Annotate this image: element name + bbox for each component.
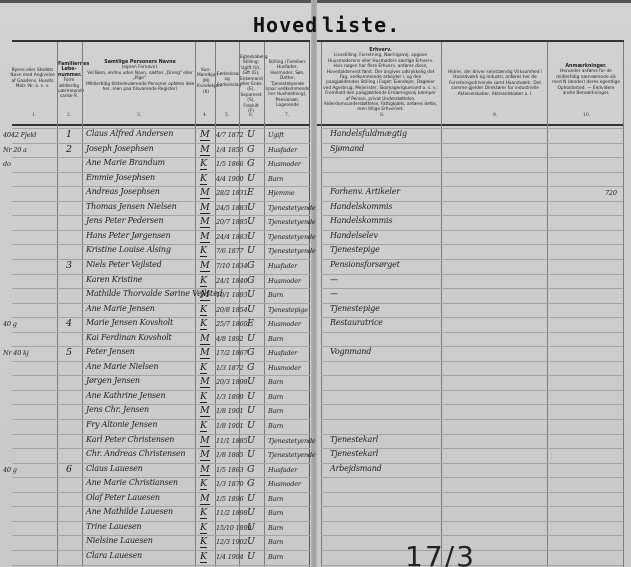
- row-rule-left: [12, 419, 310, 420]
- title-left: Hoved: [253, 13, 318, 37]
- person-name-cell: Ane Kathrine Jensen: [86, 391, 165, 400]
- row-rule-right: [321, 390, 623, 391]
- header-occupation: Erhverv. Livsstilling, Forretning, Nærin…: [323, 48, 438, 113]
- marital-status-cell: G: [247, 478, 254, 489]
- marital-status-cell: U: [247, 435, 255, 446]
- person-name-cell: Trine Lauesen: [86, 522, 142, 531]
- sex-cell: K: [200, 158, 207, 170]
- family-role-cell: Tjenestetyende: [268, 247, 316, 255]
- sex-cell: K: [200, 173, 207, 185]
- place-cell: do: [3, 160, 11, 168]
- person-name-cell: Olaf Peter Lauesen: [86, 493, 160, 502]
- occupation-cell: Tjenestekarl: [330, 435, 378, 444]
- family-number-cell: 4: [66, 318, 72, 329]
- marital-status-cell: U: [247, 231, 255, 242]
- occupation-cell: Forhenv. Artikeler: [330, 187, 400, 196]
- row-rule-left: [12, 172, 310, 173]
- sex-cell: M: [200, 216, 210, 228]
- person-name-cell: Ane Marie Christiansen: [86, 478, 178, 487]
- col-divider-5: [239, 42, 240, 567]
- family-role-cell: Barn: [268, 422, 283, 430]
- occupation-cell: Tjenestekarl: [330, 449, 378, 458]
- row-rule-left: [12, 361, 310, 362]
- row-rule-left: [12, 404, 310, 405]
- family-role-cell: Barn: [268, 553, 283, 561]
- sex-cell: M: [200, 260, 210, 272]
- sex-cell: K: [200, 275, 207, 287]
- family-role-cell: Barn: [268, 175, 283, 183]
- person-name-cell: Clara Lauesen: [86, 551, 142, 560]
- birth-date-cell: 1/5 1896: [216, 495, 243, 503]
- row-rule-right: [321, 492, 623, 493]
- sex-cell: K: [200, 478, 207, 490]
- family-role-cell: Barn: [268, 524, 283, 532]
- sex-cell: K: [200, 522, 207, 534]
- row-rule-right: [321, 157, 623, 158]
- col-divider-8: [321, 42, 322, 567]
- occupation-cell: Tjenestepige: [330, 304, 380, 313]
- place-cell: 40 g: [3, 466, 17, 474]
- family-role-cell: Tjenestetyende: [268, 437, 316, 445]
- family-role-cell: Ugift: [268, 131, 284, 139]
- person-name-cell: Claus Lauesen: [86, 464, 143, 473]
- header-remarks-text: Herunder anføres for de midlertidig nærv…: [552, 69, 620, 96]
- occupation-cell: —: [330, 289, 338, 298]
- col-divider-9: [441, 42, 442, 567]
- family-role-cell: Husmoder: [268, 364, 301, 372]
- birth-date-cell: 20/7 1885: [216, 218, 247, 226]
- family-number-cell: 3: [66, 260, 72, 271]
- birth-date-cell: 1/8 1901: [216, 407, 243, 415]
- person-name-cell: Hans Peter Jørgensen: [86, 231, 170, 240]
- family-role-cell: Barn: [268, 509, 283, 517]
- marital-status-cell: G: [247, 275, 254, 286]
- marital-status-cell: U: [247, 304, 255, 315]
- header-top-rule-right: [317, 40, 624, 42]
- occupation-cell: Handelskommis: [330, 202, 392, 211]
- family-role-cell: Tjenestetyende: [268, 451, 316, 459]
- person-name-cell: Chr. Andreas Christensen: [86, 449, 185, 458]
- birth-date-cell: 12/3 1902: [216, 538, 247, 546]
- marital-status-cell: U: [247, 173, 255, 184]
- sex-cell: M: [200, 376, 210, 388]
- person-name-cell: Ane Mathilde Lauesen: [86, 507, 173, 516]
- marital-status-cell: G: [247, 144, 254, 155]
- birth-date-cell: 17/2 1867: [216, 349, 247, 357]
- sex-cell: M: [200, 405, 210, 417]
- birth-date-cell: 24/4 1883: [216, 233, 247, 241]
- row-rule-left: [12, 492, 310, 493]
- person-name-cell: Jens Chr. Jensen: [86, 405, 149, 414]
- occupation-cell: Arbejdsmand: [330, 464, 382, 473]
- sex-cell: K: [200, 245, 207, 257]
- birth-date-cell: 1/5 1863: [216, 466, 243, 474]
- header-family-number-note: Form ældlerdig uærmeunde sarlse R.: [58, 78, 84, 99]
- person-name-cell: Karl Peter Christensen: [86, 435, 174, 444]
- person-name-cell: Peter Jensen: [86, 347, 135, 356]
- header-business: Hidrer, der driver selvstændig Virksomhe…: [445, 70, 545, 97]
- row-rule-right: [321, 143, 623, 144]
- row-rule-right: [321, 375, 623, 376]
- occupation-cell: Handelsfuldmægtig: [330, 129, 407, 138]
- birth-date-cell: 4/8 1892: [216, 335, 243, 343]
- person-name-cell: Nielsine Lauesen: [86, 536, 153, 545]
- sex-cell: K: [200, 507, 207, 519]
- person-name-cell: Kristine Louise Alsing: [86, 245, 171, 254]
- family-role-cell: Barn: [268, 407, 283, 415]
- person-name-cell: Emmie Josephsen: [86, 173, 155, 182]
- occupation-cell: —: [330, 275, 338, 284]
- row-rule-right: [321, 506, 623, 507]
- sex-cell: K: [200, 362, 207, 374]
- marital-status-cell: G: [247, 347, 254, 358]
- colnum-2: 2.: [67, 113, 71, 118]
- header-bottom-rule-right: [317, 124, 624, 126]
- person-name-cell: Thomas Jensen Nielsen: [86, 202, 177, 211]
- header-names: Samtlige Personers Navne (egnen Fornavn)…: [85, 60, 195, 92]
- colnum-9: 9.: [493, 113, 497, 118]
- family-role-cell: Husfader: [268, 262, 297, 270]
- row-rule-right: [321, 332, 623, 333]
- family-role-cell: Husmoder: [268, 480, 301, 488]
- family-role-cell: Husfader: [268, 349, 297, 357]
- remarks-cell: 720: [605, 189, 617, 197]
- birth-date-cell: 4/4 1900: [216, 175, 243, 183]
- row-rule-left: [12, 521, 310, 522]
- place-cell: Nr 20 a: [3, 146, 27, 154]
- col-divider-10: [547, 42, 548, 567]
- census-page: Hoved liste. Byens eller Stedets Navn me…: [0, 0, 631, 567]
- sex-cell: M: [200, 231, 210, 243]
- sex-cell: M: [200, 493, 210, 505]
- header-occupation-text: Livsstilling, Forretning, Næringsvej, op…: [323, 53, 438, 112]
- person-name-cell: Jens Peter Pedersen: [86, 216, 163, 225]
- sex-cell: M: [200, 435, 210, 447]
- col-divider-4: [215, 42, 216, 567]
- marital-status-cell: U: [247, 493, 255, 504]
- family-role-cell: Husmoder: [268, 320, 301, 328]
- marital-status-cell: G: [247, 464, 254, 475]
- birth-date-cell: 28/2 1831: [216, 189, 247, 197]
- marital-status-cell: U: [247, 129, 255, 140]
- row-rule-right: [321, 288, 623, 289]
- sex-cell: M: [200, 129, 210, 141]
- marital-status-cell: U: [247, 333, 255, 344]
- birth-date-cell: 1/8 1885: [216, 451, 243, 459]
- header-sex: Kun-Mandkjøn (M) Kvindekjøn (K): [197, 68, 215, 95]
- marital-status-cell: E: [247, 318, 254, 329]
- birth-date-cell: 10/1 1893: [216, 291, 247, 299]
- row-rule-left: [12, 550, 310, 551]
- person-name-cell: Karen Kristine: [86, 275, 142, 284]
- family-role-cell: Tjenestepige: [268, 306, 308, 314]
- col-divider-2: [82, 42, 83, 567]
- birth-date-cell: 7/6 1877: [216, 247, 243, 255]
- person-name-cell: Claus Alfred Andersen: [86, 129, 173, 138]
- row-rule-left: [12, 346, 310, 347]
- occupation-cell: Tjenestepige: [330, 245, 380, 254]
- sex-cell: K: [200, 304, 207, 316]
- person-name-cell: Fry Altonie Jensen: [86, 420, 157, 429]
- family-role-cell: Barn: [268, 335, 283, 343]
- birth-date-cell: 20/8 1854: [216, 306, 247, 314]
- row-rule-left: [12, 186, 310, 187]
- marital-status-cell: U: [247, 405, 255, 416]
- occupation-cell: Restauratrice: [330, 318, 383, 327]
- row-rule-left: [12, 463, 310, 464]
- family-role-cell: Barn: [268, 291, 283, 299]
- colnum-8: 8.: [380, 113, 384, 118]
- header-place: Byens eller Stedets Navn med Angivelse a…: [10, 68, 55, 90]
- header-birth: Fødselsaar og Fødselsdag: [217, 72, 237, 88]
- marital-status-cell: G: [247, 158, 254, 169]
- family-role-cell: Tjenestetyende: [268, 204, 316, 212]
- family-role-cell: Hjemme: [268, 189, 295, 197]
- birth-date-cell: 24/1 1840: [216, 277, 247, 285]
- person-name-cell: Ane Marie Nielsen: [86, 362, 158, 371]
- col-divider-right: [623, 42, 624, 567]
- row-rule-right: [321, 535, 623, 536]
- marital-status-cell: E: [247, 187, 254, 198]
- row-rule-left: [12, 375, 310, 376]
- colnum-5: 5.: [225, 113, 229, 118]
- family-role-cell: Barn: [268, 378, 283, 386]
- header-marital: Egteskabelig Stilling: Ugift (U), Gift (…: [240, 55, 262, 114]
- birth-date-cell: 1/3 1872: [216, 364, 243, 372]
- sex-cell: M: [200, 187, 210, 199]
- birth-date-cell: 1/4 1855: [216, 146, 243, 154]
- occupation-cell: Handelselev: [330, 231, 378, 240]
- family-role-cell: Husmoder: [268, 277, 301, 285]
- header-names-line3: (Midlertidig tilstedeværende Personer op…: [86, 82, 195, 92]
- family-number-cell: 1: [66, 129, 72, 140]
- header-remarks: Anmærkninger. Herunder anføres for de mi…: [552, 64, 620, 96]
- family-role-cell: Barn: [268, 393, 283, 401]
- birth-date-cell: 24/5 1883: [216, 204, 247, 212]
- marital-status-cell: U: [247, 391, 255, 402]
- page-stamp: 17/3: [405, 540, 476, 567]
- row-rule-right: [321, 521, 623, 522]
- row-rule-left: [12, 143, 310, 144]
- row-rule-left: [12, 565, 310, 566]
- family-role-cell: Barn: [268, 538, 283, 546]
- sex-cell: M: [200, 449, 210, 461]
- person-name-cell: Andreas Josephsen: [86, 187, 160, 196]
- sex-cell: K: [200, 318, 207, 330]
- family-role-cell: Barn: [268, 495, 283, 503]
- col-divider-7: [309, 42, 310, 567]
- occupation-cell: Vognmand: [330, 347, 371, 356]
- place-cell: 4042 Fjeld: [3, 131, 36, 139]
- person-name-cell: Jørgen Jensen: [86, 376, 140, 385]
- col-divider-3: [195, 42, 196, 567]
- row-rule-right: [321, 274, 623, 275]
- birth-date-cell: 11/1 1885: [216, 437, 247, 445]
- marital-status-cell: U: [247, 376, 255, 387]
- birth-date-cell: 25/7 1860: [216, 320, 247, 328]
- place-cell: 40 g: [3, 320, 17, 328]
- family-role-cell: Husfader: [268, 146, 297, 154]
- birth-date-cell: 11/2 1898: [216, 509, 247, 517]
- row-rule-right: [321, 477, 623, 478]
- family-number-cell: 2: [66, 144, 72, 155]
- person-name-cell: Niels Peter Vejlsted: [86, 260, 162, 269]
- header-family-number: Familiernes Løbe-nummer. Form ældlerdig …: [58, 62, 80, 100]
- title-right: liste.: [322, 13, 400, 37]
- colnum-3: 3.: [137, 113, 141, 118]
- sex-cell: K: [200, 391, 207, 403]
- row-rule-left: [12, 535, 310, 536]
- person-name-cell: Kai Ferdinan Kovsholt: [86, 333, 172, 342]
- person-name-cell: Ane Marie Jensen: [86, 304, 155, 313]
- occupation-cell: Sjømand: [330, 144, 364, 153]
- col-divider-1: [57, 42, 58, 567]
- colnum-7: 7.: [285, 113, 289, 118]
- sex-cell: M: [200, 347, 210, 359]
- family-role-cell: Tjenestetyende: [268, 218, 316, 226]
- row-rule-right: [321, 172, 623, 173]
- person-name-cell: Ane Marie Brandum: [86, 158, 165, 167]
- sex-cell: M: [200, 333, 210, 345]
- marital-status-cell: U: [247, 245, 255, 256]
- sex-cell: M: [200, 202, 210, 214]
- birth-date-cell: 4/7 1872: [216, 131, 243, 139]
- person-name-cell: Joseph Josephsen: [86, 144, 154, 153]
- sex-cell: M: [200, 144, 210, 156]
- marital-status-cell: U: [247, 202, 255, 213]
- family-number-cell: 5: [66, 347, 72, 358]
- birth-date-cell: 1/8 1901: [216, 422, 243, 430]
- family-role-cell: Tjenestetyende: [268, 233, 316, 241]
- birth-date-cell: 1/4 1904: [216, 553, 243, 561]
- marital-status-cell: U: [247, 420, 255, 431]
- header-names-sub: (egnen Fornavn).: [122, 65, 159, 70]
- row-rule-right: [321, 404, 623, 405]
- marital-status-cell: U: [247, 551, 255, 562]
- family-role-cell: Husmoder: [268, 160, 301, 168]
- occupation-cell: Pensionsforsørget: [330, 260, 400, 269]
- marital-status-cell: G: [247, 260, 254, 271]
- marital-status-cell: U: [247, 289, 255, 300]
- col-divider-6: [264, 42, 265, 567]
- row-rule-right: [321, 419, 623, 420]
- marital-status-cell: U: [247, 522, 255, 533]
- book-gutter: [311, 0, 317, 567]
- header-family-role: Stilling i Familien: Husfader, Husmoder,…: [265, 60, 310, 109]
- family-role-cell: Husfader: [268, 466, 297, 474]
- birth-date-cell: 1/5 1866: [216, 160, 243, 168]
- colnum-4: 4.: [203, 113, 207, 118]
- colnum-6: 6.: [249, 113, 253, 118]
- colnum-10: 10.: [583, 113, 590, 118]
- birth-date-cell: 1/3 1870: [216, 480, 243, 488]
- marital-status-cell: G: [247, 362, 254, 373]
- marital-status-cell: U: [247, 449, 255, 460]
- sex-cell: K: [200, 420, 207, 432]
- row-rule-right: [321, 361, 623, 362]
- sex-cell: K: [200, 536, 207, 548]
- sex-cell: M: [200, 464, 210, 476]
- marital-status-cell: U: [247, 536, 255, 547]
- birth-date-cell: 7/10 1834: [216, 262, 247, 270]
- sex-cell: K: [200, 551, 207, 563]
- person-name-cell: Marie Jensen Kovsholt: [86, 318, 173, 327]
- birth-date-cell: 1/3 1899: [216, 393, 243, 401]
- colnum-1: 1.: [32, 113, 36, 118]
- sex-cell: M: [200, 289, 210, 301]
- header-names-line2: Vel Børn, endnu uden Navn, sættes „Dreng…: [87, 71, 192, 81]
- place-cell: Nr 40 kj: [3, 349, 29, 357]
- marital-status-cell: U: [247, 216, 255, 227]
- row-rule-left: [12, 303, 310, 304]
- row-rule-left: [12, 274, 310, 275]
- occupation-cell: Handelskommis: [330, 216, 392, 225]
- marital-status-cell: U: [247, 507, 255, 518]
- family-number-cell: 6: [66, 464, 72, 475]
- birth-date-cell: 20/3 1898: [216, 378, 247, 386]
